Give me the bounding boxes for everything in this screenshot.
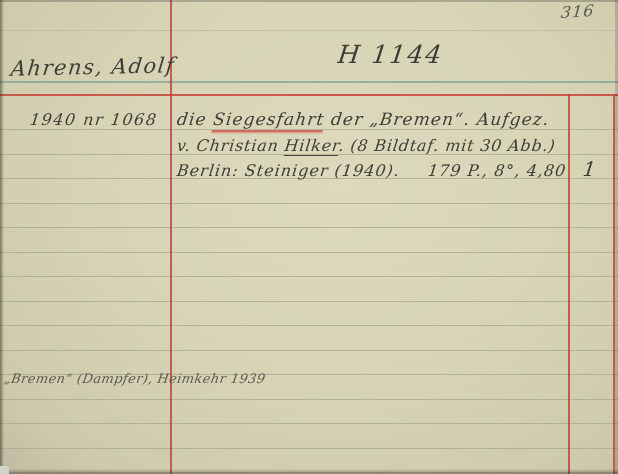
scan-edge-top bbox=[0, 0, 618, 2]
entry-line-2-pre: v. Christian bbox=[176, 136, 286, 155]
red-rule-right-column bbox=[568, 94, 570, 474]
entry-title-underlined: Siegesfahrt bbox=[212, 110, 326, 132]
ruled-line bbox=[0, 276, 618, 277]
scan-corner-bottom-left bbox=[0, 466, 9, 474]
faint-rule-top bbox=[0, 30, 618, 31]
entry-line-1: die Siegesfahrt der „Bremen“. Aufgez. bbox=[176, 110, 551, 130]
ruled-line bbox=[0, 423, 618, 424]
header-rule-teal bbox=[0, 81, 618, 83]
catalog-card: 316 Ahrens, Adolf H 1144 1940 nr 1068 di… bbox=[0, 0, 618, 474]
entry-line-2-post: . (8 Bildtaf. mit 30 Abb.) bbox=[338, 136, 557, 155]
entry-editor-underlined: Hilker bbox=[283, 136, 340, 156]
entry-line-3: Berlin: Steiniger (1940).179 P., 8°, 4,8… bbox=[176, 161, 568, 180]
red-rule-horizontal bbox=[0, 94, 618, 96]
scan-edge-bottom bbox=[0, 469, 618, 474]
entry-line-1-post: der „Bremen“. Aufgez. bbox=[323, 110, 550, 130]
ruled-line bbox=[0, 301, 618, 302]
scan-edge-left bbox=[0, 0, 4, 474]
ruled-line bbox=[0, 252, 618, 253]
ruled-line bbox=[0, 399, 618, 400]
ruled-line bbox=[0, 325, 618, 326]
author-heading: Ahrens, Adolf bbox=[10, 53, 177, 80]
ruled-line bbox=[0, 448, 618, 449]
bottom-note: „Bremen“ (Dampfer), Heimkehr 1939 bbox=[3, 372, 267, 387]
entry-imprint: Berlin: Steiniger (1940). bbox=[176, 161, 401, 180]
entry-line-1-pre: die bbox=[176, 110, 215, 130]
ruled-line bbox=[0, 350, 618, 351]
shelfmark: H 1144 bbox=[336, 40, 445, 69]
entry-collation: 179 P., 8°, 4,80 bbox=[427, 161, 568, 180]
entry-line-2: v. Christian Hilker. (8 Bildtaf. mit 30 … bbox=[176, 136, 557, 155]
ruled-line bbox=[0, 227, 618, 228]
page-number: 316 bbox=[560, 1, 596, 22]
accession-number: 1940 nr 1068 bbox=[29, 110, 159, 129]
ruled-line bbox=[0, 203, 618, 204]
